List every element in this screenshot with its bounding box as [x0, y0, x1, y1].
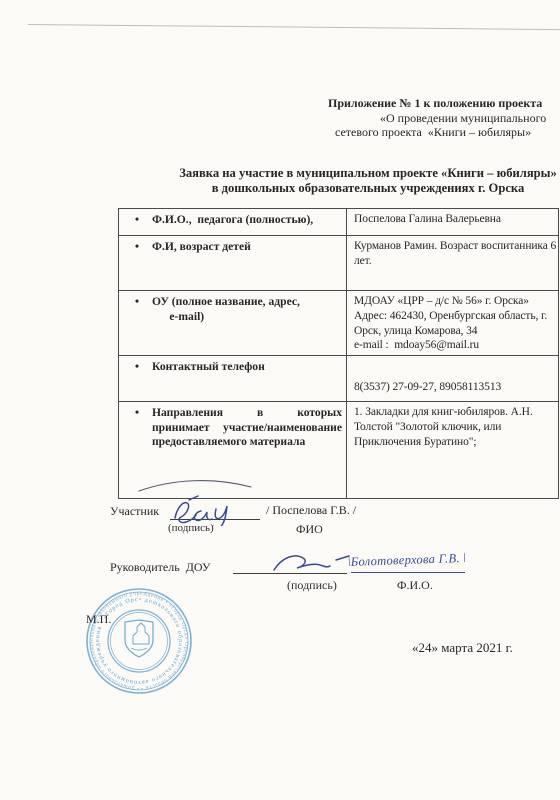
bullet-marker: • — [119, 295, 152, 324]
document-title: Заявка на участие в муниципальном проект… — [118, 166, 560, 196]
stamp-mp-label: М.П. — [86, 612, 111, 627]
stamp-shield-emblem — [125, 620, 153, 657]
head-role-label: Руководитель ДОУ — [110, 560, 210, 575]
participant-name-printed: / Поспелова Г.В. / — [266, 503, 356, 518]
table-row: • Ф.И, возраст детей Курманов Рамин. Воз… — [119, 236, 559, 291]
table-row: • Контактный телефон 8(3537) 27-09-27, 8… — [119, 356, 559, 402]
participant-sign-caption: (подпись) — [168, 522, 214, 534]
head-name-handwritten: ǀБолотоверхова Г.В. ǀ — [348, 551, 467, 570]
row-label: Ф.И.О., педагога (полностью), — [152, 213, 342, 228]
row-value: 8(3537) 27-09-27, 89058113513 — [347, 356, 558, 397]
participant-name-caption: ФИО — [296, 522, 323, 537]
head-name-underline — [351, 572, 465, 573]
table-row: • Ф.И.О., педагога (полностью), Поспелов… — [119, 209, 559, 236]
head-name-caption: Ф.И.О. — [397, 578, 433, 593]
row-label: Контактный телефон — [152, 360, 342, 375]
application-form-table: • Ф.И.О., педагога (полностью), Поспелов… — [118, 208, 559, 499]
row-label: Направления в которых принимает участие/… — [152, 406, 346, 450]
participant-signature-ink — [133, 476, 267, 526]
official-stamp: • дошкольного образовательного автономно… — [76, 578, 202, 704]
document-title-line2: в дошкольных образовательных учреждениях… — [118, 181, 560, 196]
row-value: Курманов Рамин. Возраст воспитанника 6 л… — [347, 236, 558, 271]
bullet-marker: • — [119, 213, 152, 228]
table-row: • ОУ (полное название, адрес, e-mail) МД… — [119, 291, 559, 356]
row-label: Ф.И, возраст детей — [152, 240, 342, 255]
row-value: 1. Закладки для книг-юбиляров. А.Н. Толс… — [347, 402, 558, 451]
appendix-header-line3: сетевого проекта «Книги – юбиляры» — [335, 125, 531, 140]
scanned-document-page: { "header": { "line1": "Приложение № 1 к… — [0, 0, 560, 800]
stamp-ring-text-outer: • дошкольного образовательного автономно… — [76, 578, 189, 691]
scan-edge-artifact — [28, 24, 560, 30]
row-label: ОУ (полное название, адрес, e-mail) — [152, 295, 342, 324]
row-value: Поспелова Галина Валерьевна — [347, 209, 558, 229]
head-sign-caption: (подпись) — [287, 578, 337, 593]
row-value: МДОАУ «ЦРР – д/с № 56» г. Орска» Адрес: … — [347, 291, 558, 355]
document-date: «24» марта 2021 г. — [412, 640, 513, 656]
bullet-marker: • — [119, 240, 152, 255]
bullet-marker: • — [119, 360, 152, 375]
bullet-marker: • — [119, 406, 152, 450]
document-title-line1: Заявка на участие в муниципальном проект… — [118, 166, 560, 181]
appendix-header-line2: «О проведении муниципального — [380, 111, 546, 126]
appendix-header-line1: Приложение № 1 к положению проекта — [328, 96, 542, 111]
